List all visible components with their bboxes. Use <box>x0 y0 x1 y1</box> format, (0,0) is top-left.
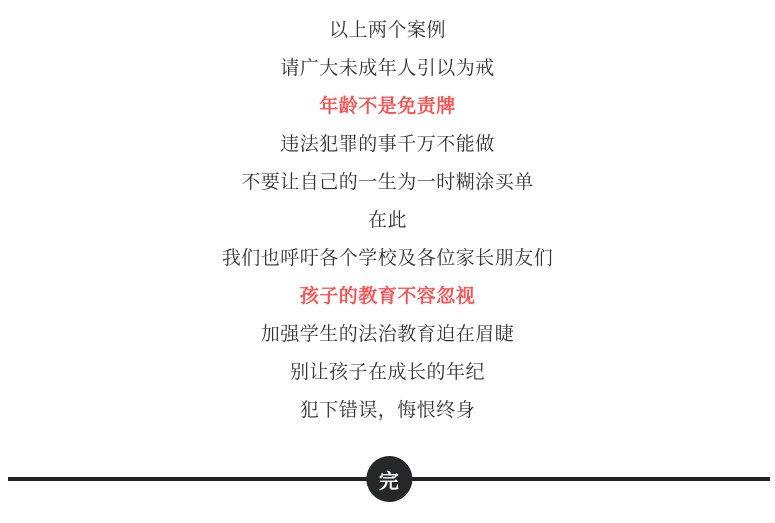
article-line: 请广大未成年人引以为戒 <box>0 59 775 78</box>
article-line-highlight: 孩子的教育不容忽视 <box>0 287 775 306</box>
end-divider: 完 <box>0 456 775 502</box>
article-line: 我们也呼吁各个学校及各位家长朋友们 <box>0 249 775 268</box>
article-line: 别让孩子在成长的年纪 <box>0 363 775 382</box>
article-line: 以上两个案例 <box>0 21 775 40</box>
article-body: 以上两个案例 请广大未成年人引以为戒 年龄不是免责牌 违法犯罪的事千万不能做 不… <box>0 0 775 420</box>
article-line: 加强学生的法治教育迫在眉睫 <box>0 325 775 344</box>
article-line: 违法犯罪的事千万不能做 <box>0 135 775 154</box>
article-line-highlight: 年龄不是免责牌 <box>0 97 775 116</box>
end-badge: 完 <box>366 456 412 502</box>
article-line: 犯下错误，悔恨终身 <box>0 401 775 420</box>
article-line: 不要让自己的一生为一时糊涂买单 <box>0 173 775 192</box>
article-line: 在此 <box>0 211 775 230</box>
